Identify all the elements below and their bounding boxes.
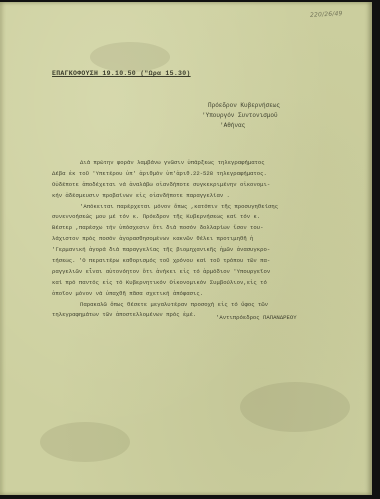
body-line: Δέβα ἐκ τοῦ 'Υπετέρου ὑπ' ἀριθμόν ὑπ'ἀρι… bbox=[52, 169, 344, 180]
signature-line: 'Αντιπρόεδρος ΠΑΠΑΝΔΡΕΟΥ bbox=[216, 314, 297, 321]
body-line: ραγγελιῶν εἶναι αὐτονόητον ὅτι ἀνήκει εἰ… bbox=[52, 267, 344, 278]
body-line: 'Απόκειται παρέρχεται μόνον ὅπως ,κατόπι… bbox=[52, 202, 344, 213]
body-line: Παρακαλῶ ὅπως θέσετε μεγαλυτέραν προσοχή… bbox=[52, 300, 344, 311]
body-line: 'Γερμανική ἀγορά διά παραγγελίας τῆς βιο… bbox=[52, 245, 344, 256]
paper-stain bbox=[40, 422, 130, 462]
body-line: Βέστερ ,παρέσχω τήν ὑπόσχεσιν ὅτι διά πο… bbox=[52, 223, 344, 234]
addressee-line: Πρόεδρον Κυβερνήσεως bbox=[208, 102, 280, 109]
paper-stain bbox=[90, 42, 170, 72]
addressee-line: 'Υπουργόν Συντονισμοῦ bbox=[202, 112, 278, 119]
scanned-document-frame: 220/26/49 ΕΠΑΓΚΟΦΟΥΣΗ 19.10.50 ("Ωρα 15.… bbox=[0, 0, 380, 499]
document-page: 220/26/49 ΕΠΑΓΚΟΦΟΥΣΗ 19.10.50 ("Ωρα 15.… bbox=[0, 2, 372, 495]
letter-body: Διά πρώτην φοράν λαμβάνω γνῶσιν ὑπάρξεως… bbox=[52, 158, 344, 321]
body-line: λάχιστον πρός ποσόν ἀγορασθησομένων κακν… bbox=[52, 234, 344, 245]
body-line: τήσεως. 'Ο περαιτέρω καθορισμός τοῦ χρόν… bbox=[52, 256, 344, 267]
document-heading: ΕΠΑΓΚΟΦΟΥΣΗ 19.10.50 ("Ωρα 15.30) bbox=[52, 70, 191, 77]
addressee-line: 'Αθήνας bbox=[220, 122, 245, 129]
archive-reference-number: 220/26/49 bbox=[310, 10, 343, 19]
body-line: συνεννοήσεώς μου μέ τόν κ. Πρόεδρον τῆς … bbox=[52, 212, 344, 223]
body-line: ὁποῖον μόνον νά ὑπαχθῆ πᾶσα σχετική ἀπόφ… bbox=[52, 289, 344, 300]
body-line: Οὐδέποτε ἀποδέχεται νά ἀναλάβω οἱανδήποτ… bbox=[52, 180, 344, 191]
body-line: καί πρό παντός εἰς τό Κυβερνητικόν Οἰκον… bbox=[52, 278, 344, 289]
body-line: τηλεγραφημάτων τῶν ἀποστελλομένων πρός ἐ… bbox=[52, 310, 344, 321]
body-line: Διά πρώτην φοράν λαμβάνω γνῶσιν ὑπάρξεως… bbox=[52, 158, 344, 169]
body-line: κήν ἀδέσμευσιν προβαίνων εἰς οἱανδήποτε … bbox=[52, 191, 344, 202]
paper-stain bbox=[240, 382, 350, 432]
